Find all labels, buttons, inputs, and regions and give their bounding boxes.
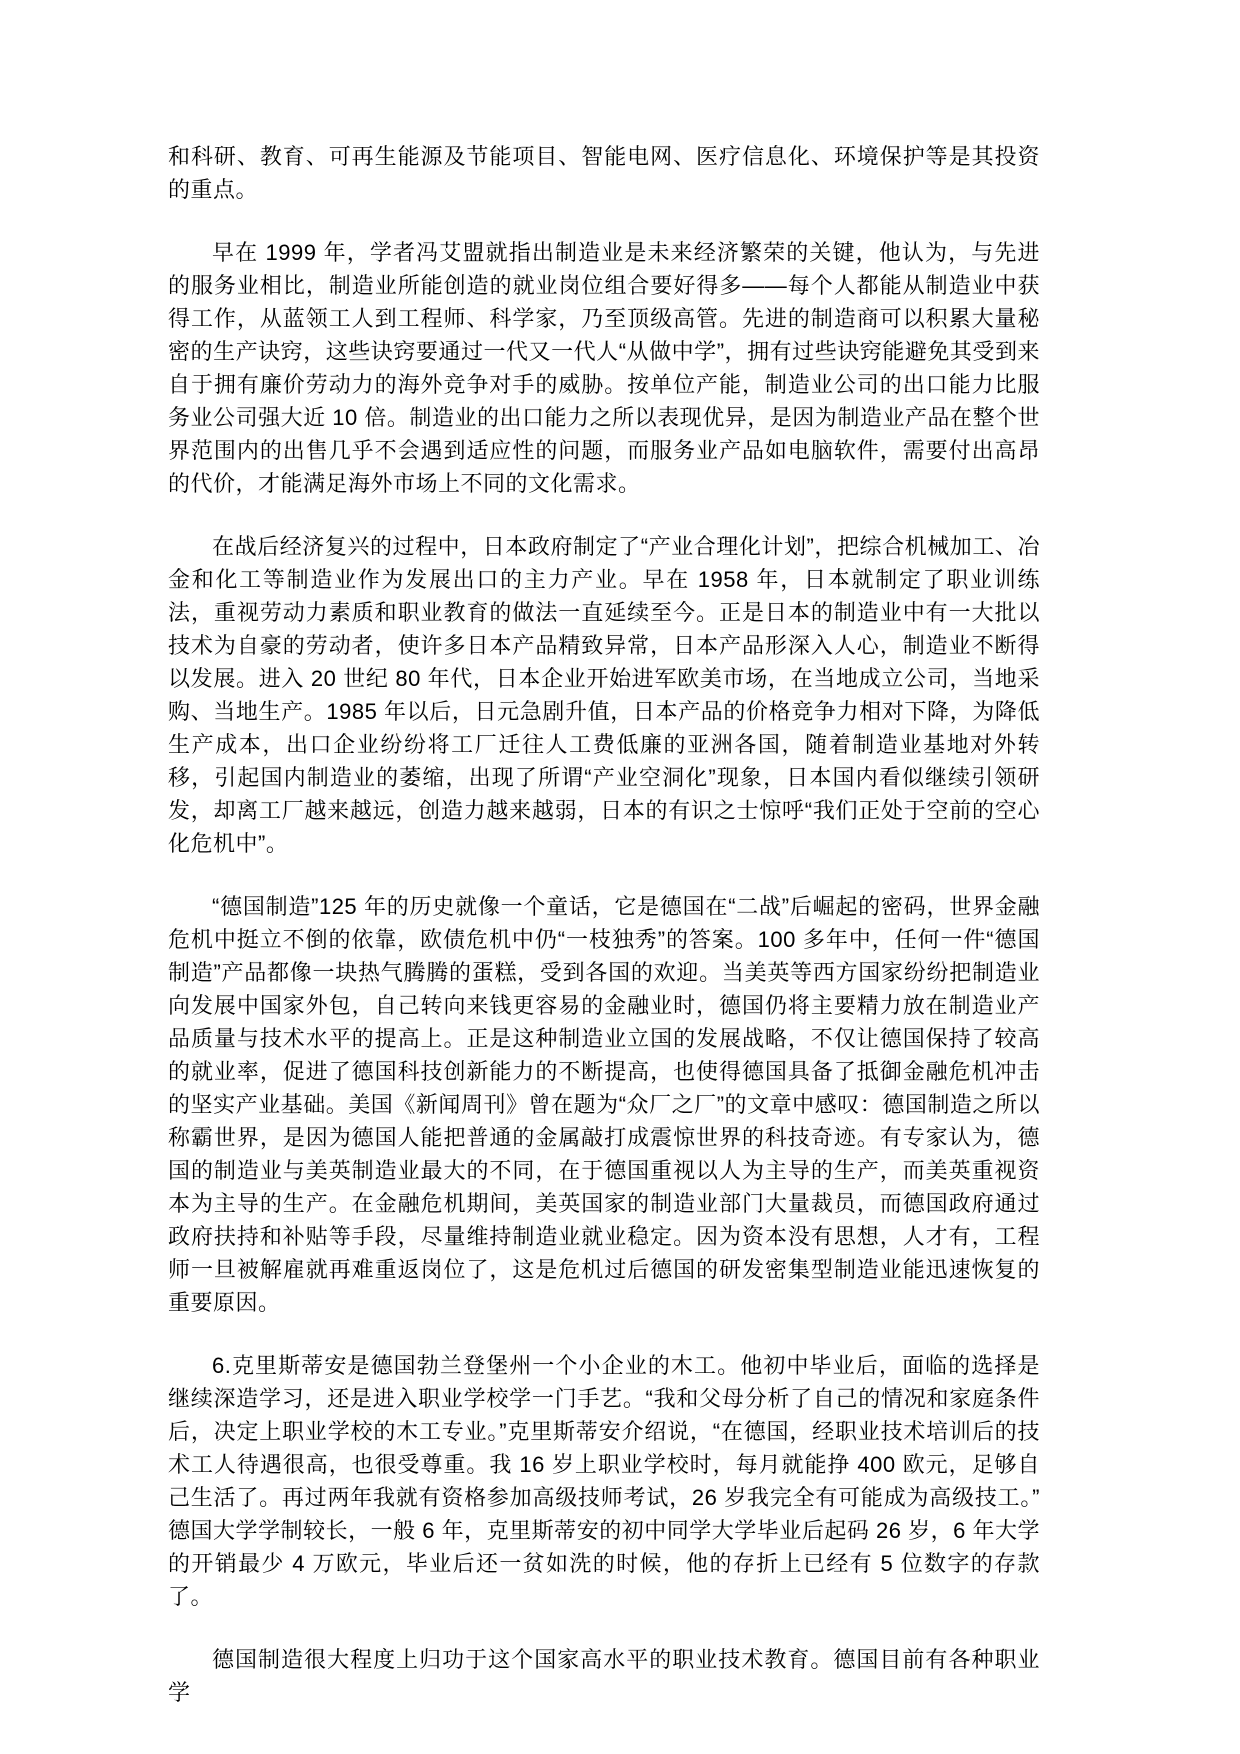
- paragraph: “德国制造”125 年的历史就像一个童话，它是德国在“二战”后崛起的密码，世界金…: [168, 890, 1040, 1319]
- paragraph-continuation: 和科研、教育、可再生能源及节能项目、智能电网、医疗信息化、环境保护等是其投资的重…: [168, 140, 1040, 206]
- document-body: 和科研、教育、可再生能源及节能项目、智能电网、医疗信息化、环境保护等是其投资的重…: [168, 140, 1040, 1709]
- paragraph: 在战后经济复兴的过程中，日本政府制定了“产业合理化计划”，把综合机械加工、冶金和…: [168, 530, 1040, 860]
- paragraph: 早在 1999 年，学者冯艾盟就指出制造业是未来经济繁荣的关键，他认为，与先进的…: [168, 236, 1040, 500]
- paragraph: 德国制造很大程度上归功于这个国家高水平的职业技术教育。德国目前有各种职业学: [168, 1643, 1040, 1709]
- document-page: 和科研、教育、可再生能源及节能项目、智能电网、医疗信息化、环境保护等是其投资的重…: [0, 0, 1240, 1754]
- paragraph: 6.克里斯蒂安是德国勃兰登堡州一个小企业的木工。他初中毕业后，面临的选择是继续深…: [168, 1349, 1040, 1613]
